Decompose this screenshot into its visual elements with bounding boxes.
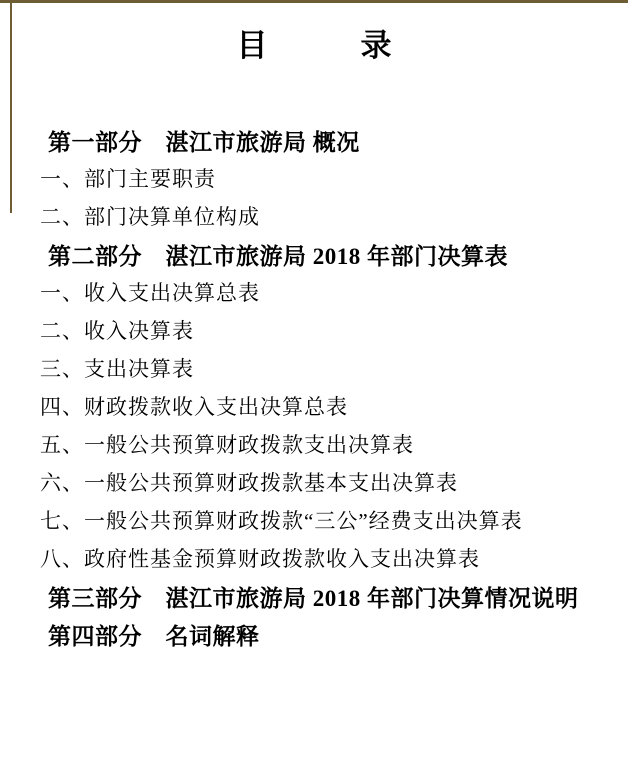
page-frame-top-line xyxy=(0,0,628,3)
toc-item-part2-2: 二、收入决算表 xyxy=(40,311,612,349)
page: { "document": { "title": "目 录", "colors"… xyxy=(0,0,628,774)
toc-item-part2-1: 一、收入支出决算总表 xyxy=(40,273,612,311)
table-of-contents: 第一部分 湛江市旅游局 概况 一、部门主要职责 二、部门决算单位构成 第二部分 … xyxy=(40,121,612,653)
toc-heading-part-3: 第三部分 湛江市旅游局 2018 年部门决算情况说明 xyxy=(40,577,612,615)
toc-heading-part-2: 第二部分 湛江市旅游局 2018 年部门决算表 xyxy=(40,235,612,273)
toc-item-part1-1: 一、部门主要职责 xyxy=(40,159,612,197)
toc-item-part2-5: 五、一般公共预算财政拨款支出决算表 xyxy=(40,425,612,463)
toc-item-part2-3: 三、支出决算表 xyxy=(40,349,612,387)
toc-heading-part-4: 第四部分 名词解释 xyxy=(40,615,612,653)
toc-item-part2-6: 六、一般公共预算财政拨款基本支出决算表 xyxy=(40,463,612,501)
toc-item-part1-2: 二、部门决算单位构成 xyxy=(40,197,612,235)
toc-item-part2-4: 四、财政拨款收入支出决算总表 xyxy=(40,387,612,425)
toc-item-part2-8: 八、政府性基金预算财政拨款收入支出决算表 xyxy=(40,539,612,577)
document-title: 目 录 xyxy=(0,26,628,66)
toc-heading-part-1: 第一部分 湛江市旅游局 概况 xyxy=(40,121,612,159)
toc-item-part2-7: 七、一般公共预算财政拨款“三公”经费支出决算表 xyxy=(40,501,612,539)
